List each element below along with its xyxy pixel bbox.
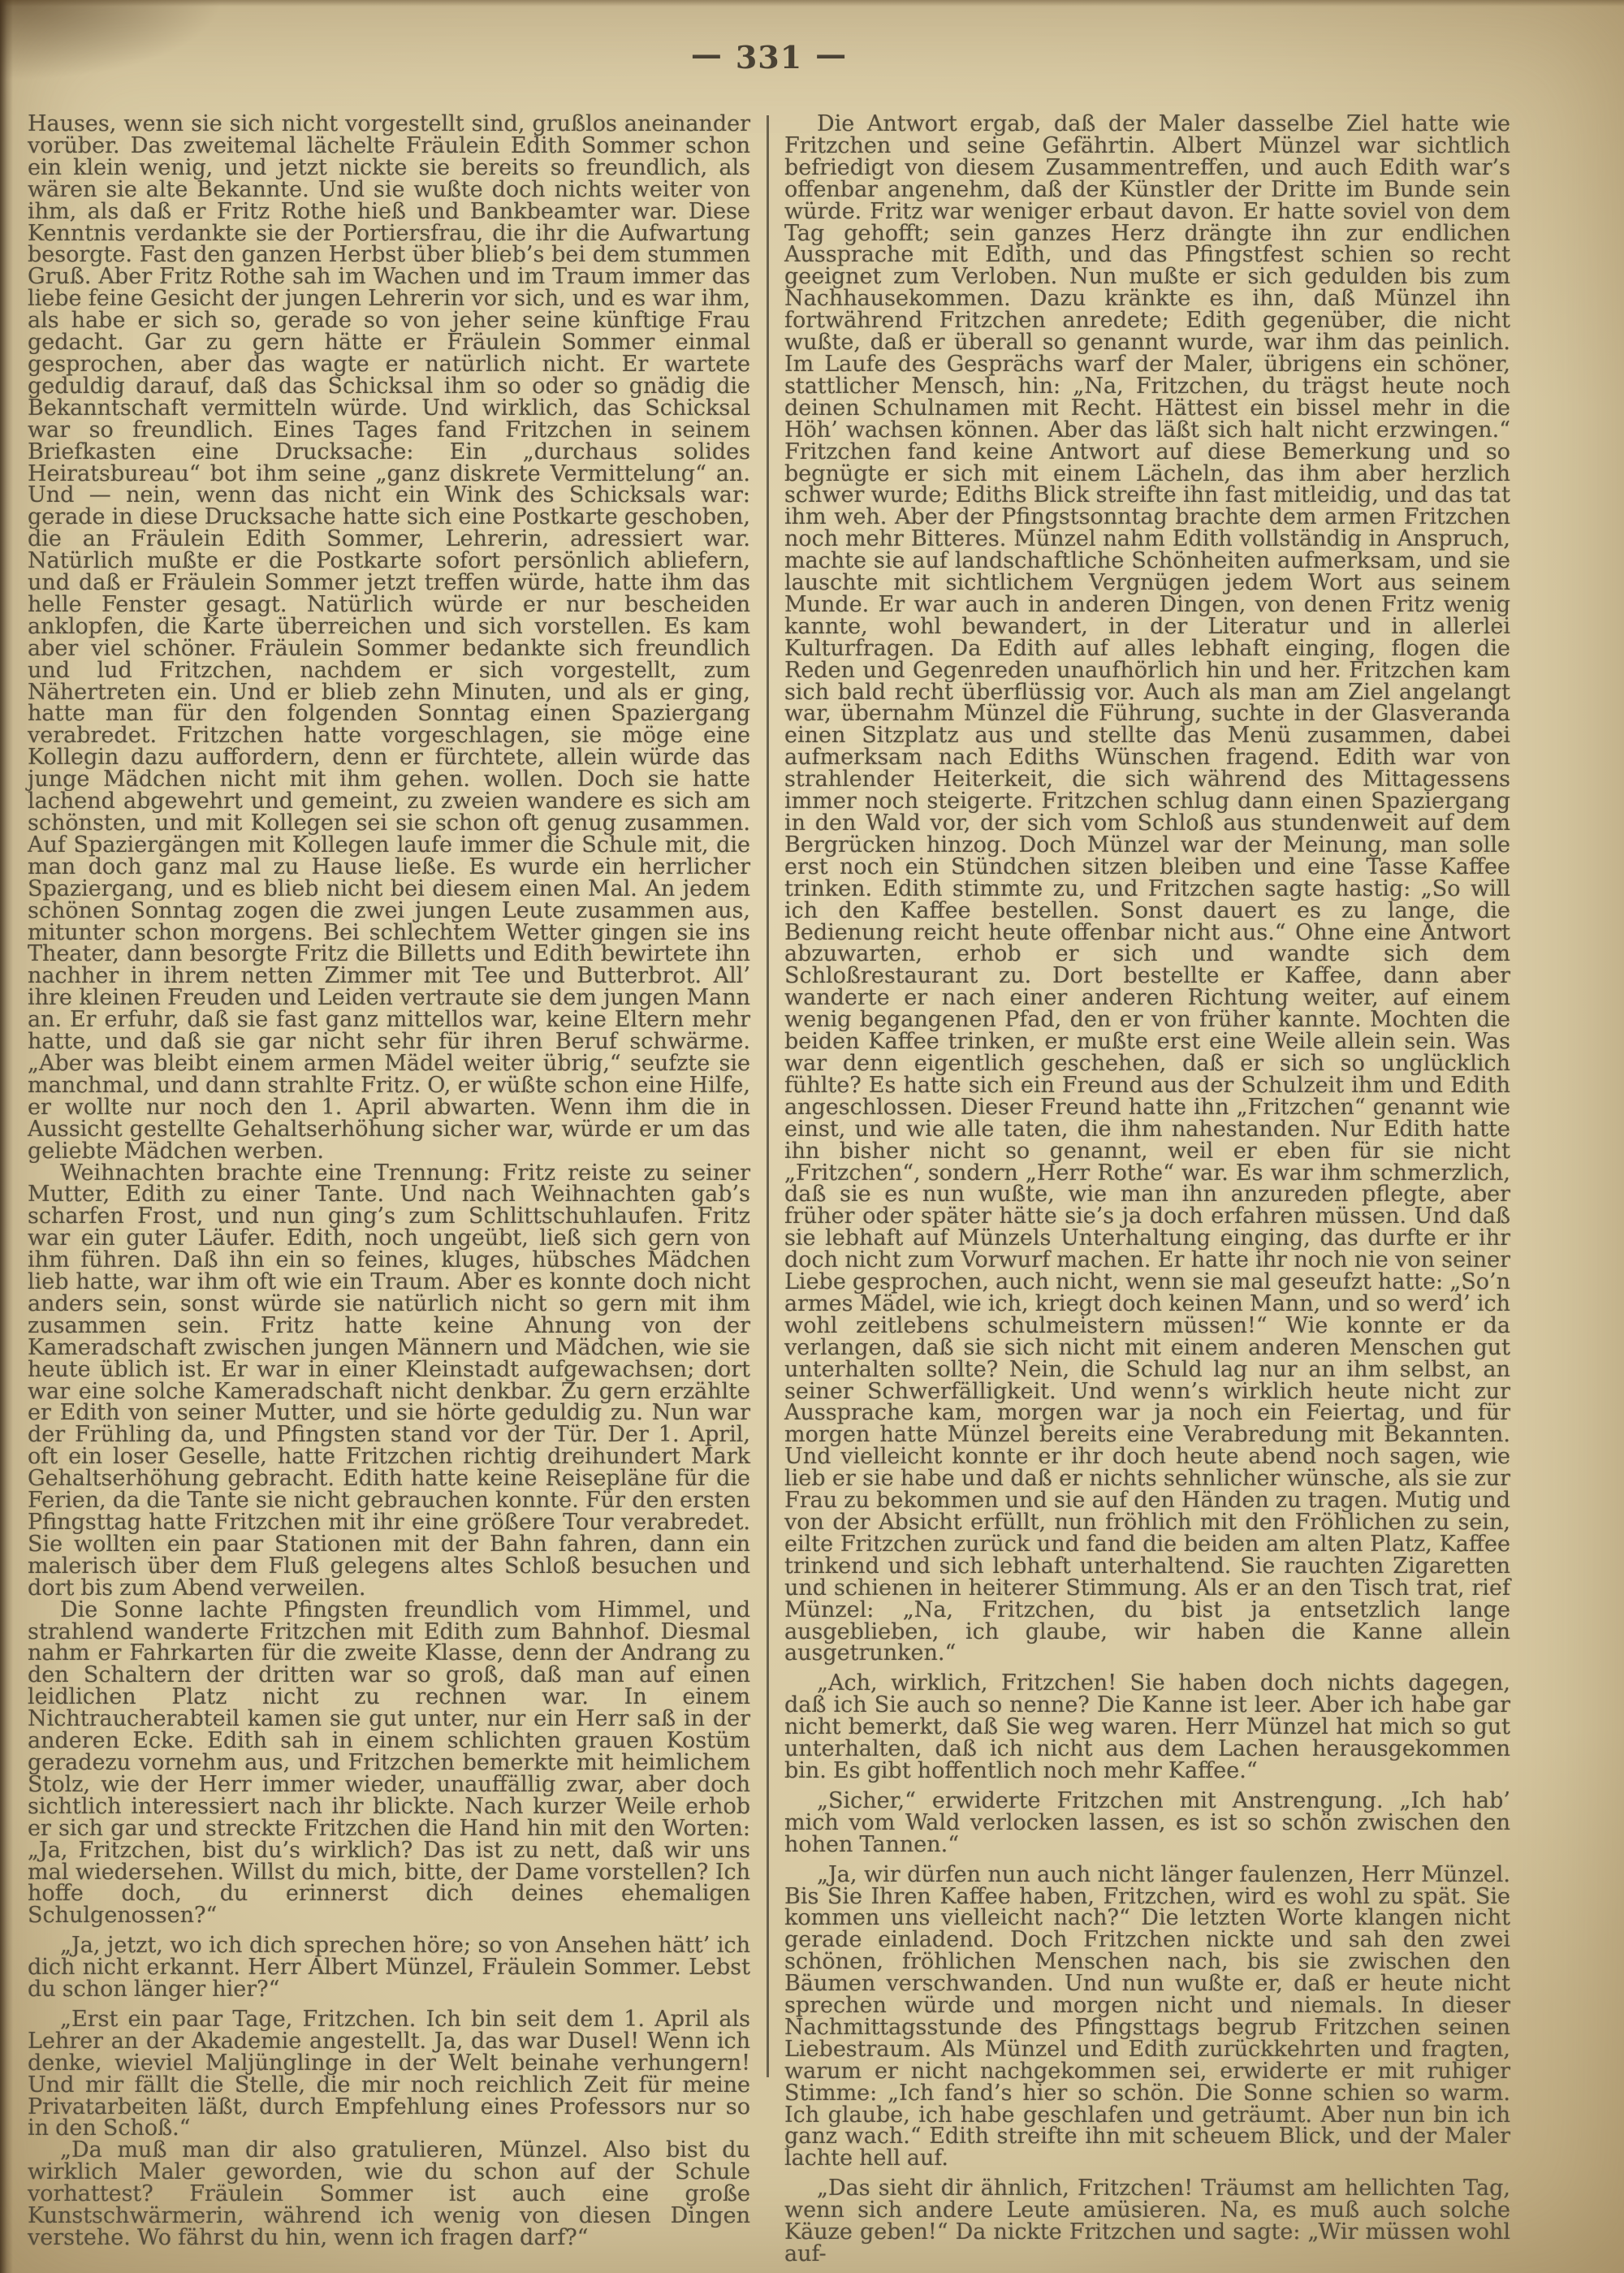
scanned-book-page: —331— Hauses, wenn sie sich nicht vorges… xyxy=(0,0,1624,2273)
paragraph: „Sicher,“ erwiderte Fritzchen mit Anstre… xyxy=(784,1791,1510,1856)
header-dash-left: — xyxy=(678,36,736,72)
paragraph: „Da muß man dir also gratulieren, Münzel… xyxy=(28,2140,750,2249)
column-divider-rule xyxy=(767,115,769,2077)
paragraph: Die Sonne lachte Pfingsten freundlich vo… xyxy=(28,1600,750,1928)
paragraph: „Ja, jetzt, wo ich dich sprechen höre; s… xyxy=(28,1935,750,2001)
header-dash-right: — xyxy=(802,36,860,72)
paragraph: Hauses, wenn sie sich nicht vorgestellt … xyxy=(28,114,750,1163)
paragraph: „Ja, wir dürfen nun auch nicht länger fa… xyxy=(784,1865,1510,2171)
paragraph: „Erst ein paar Tage, Fritzchen. Ich bin … xyxy=(28,2009,750,2140)
text-column-right: Die Antwort ergab, daß der Maler dasselb… xyxy=(784,114,1510,2266)
page-top-edge-shadow xyxy=(0,0,1624,6)
paragraph: „Das sieht dir ähnlich, Fritzchen! Träum… xyxy=(784,2178,1510,2266)
page-left-edge-shadow xyxy=(0,0,13,2273)
page-header: —331— xyxy=(28,39,1510,76)
paragraph: Weihnachten brachte eine Trennung: Fritz… xyxy=(28,1163,750,1600)
paragraph: Die Antwort ergab, daß der Maler dasselb… xyxy=(784,114,1510,1665)
text-column-left: Hauses, wenn sie sich nicht vorgestellt … xyxy=(28,114,750,2249)
page-number: 331 xyxy=(736,39,802,76)
paragraph: „Ach, wirklich, Fritzchen! Sie haben doc… xyxy=(784,1673,1510,1783)
